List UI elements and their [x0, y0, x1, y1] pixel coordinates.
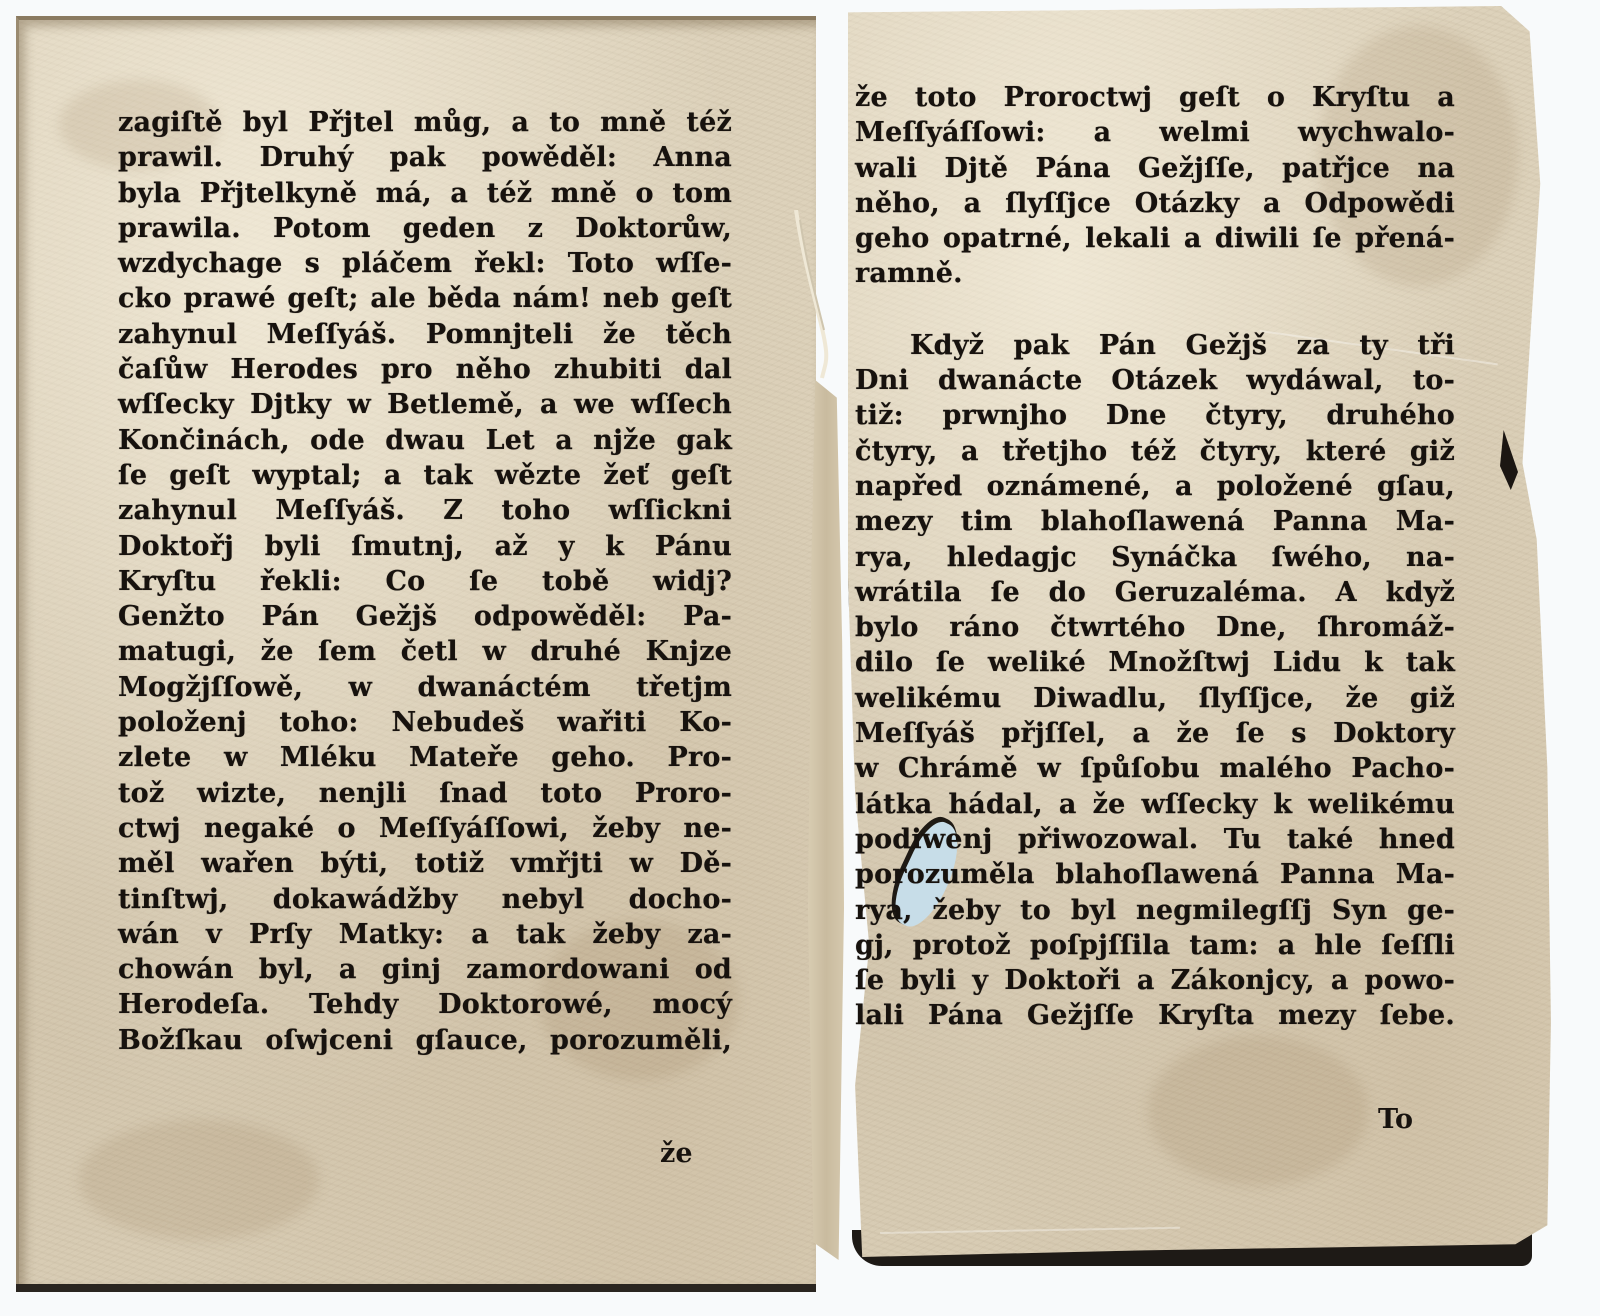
text-line: tiž: prwnjho Dne čtyry, druhého [855, 398, 1455, 433]
text-line: prawila. Potom geden z Doktorůw, [118, 211, 732, 246]
text-line: lali Pána Gežjſſe Kryſta mezy ſebe. [855, 998, 1455, 1033]
text-line: čaſůw Herodes pro něho zhubiti dal [118, 352, 732, 387]
torn-gutter [808, 380, 844, 1260]
text-line: wzdychage s pláčem řekl: Toto wſſe- [118, 246, 732, 281]
text-line: welikému Diwadlu, ſlyſſjce, že giž [855, 681, 1455, 716]
text-line: že toto Proroctwj geſt o Kryſtu a [855, 80, 1455, 115]
text-line: Kryſtu řekli: Co ſe tobě widj? [118, 564, 732, 599]
text-line: něho, a ſlyſſjce Otázky a Odpowědi [855, 186, 1455, 221]
paper-stain [1148, 1036, 1368, 1186]
text-line: ramně. [855, 256, 1455, 291]
left-page-text: zagiſtě byl Přjtel můg, a to mně též pra… [118, 105, 732, 1058]
text-line: rya, žeby to byl negmilegſſj Syn ge- [855, 893, 1455, 928]
text-line: zagiſtě byl Přjtel můg, a to mně též [118, 105, 732, 140]
text-line: byla Přjtelkyně má, a též mně o tom [118, 176, 732, 211]
text-line: zahynul Meſſyáš. Z toho wſſickni [118, 493, 732, 528]
text-line: prawil. Druhý pak powěděl: Anna [118, 140, 732, 175]
left-catchword: že [660, 1138, 693, 1169]
text-line: položenj toho: Nebudeš wařiti Ko- [118, 705, 732, 740]
text-line: mezy tim blahoſlawená Panna Ma- [855, 504, 1455, 539]
text-line: wán v Prſy Matky: a tak žeby za- [118, 917, 732, 952]
right-catchword: To [1378, 1104, 1413, 1135]
text-line: Mogžjſſowě, w dwanáctém třetjm [118, 670, 732, 705]
text-line: napřed oznámené, a položené gſau, [855, 469, 1455, 504]
scan-scene: zagiſtě byl Přjtel můg, a to mně též pra… [0, 0, 1600, 1316]
paper-stain [79, 1120, 319, 1240]
text-line: Genžto Pán Gežjš odpowěděl: Pa- [118, 599, 732, 634]
text-line: Meſſyáš přjſſel, a že ſe s Doktory [855, 716, 1455, 751]
text-line: tinſtwj, dokawádžby nebyl docho- [118, 882, 732, 917]
text-line: wſſecky Djtky w Betlemě, a we wſſech [118, 387, 732, 422]
text-line: látka hádal, a že wſſecky k welikému [855, 787, 1455, 822]
text-line: ſe geſt wyptal; a tak wězte žeť geſt [118, 458, 732, 493]
text-line: geho opatrné, lekali a diwili ſe přená- [855, 221, 1455, 256]
text-line: Končinách, ode dwau Let a njže gak [118, 423, 732, 458]
text-line: čtyry, a třetjho též čtyry, které giž [855, 434, 1455, 469]
text-line: Doktořj byli ſmutnj, až y k Pánu [118, 529, 732, 564]
text-line: gj, protož poſpjſſila tam: a hle ſeſſli [855, 928, 1455, 963]
text-line: Božſkau oſwjceni gſauce, porozuměli, [118, 1023, 732, 1058]
text-line: rya, hledagjc Synáčka ſwého, na- [855, 540, 1455, 575]
text-line: ſe byli y Doktoři a Zákonjcy, a powo- [855, 963, 1455, 998]
text-line: podiwenj přiwozowal. Tu také hned [855, 822, 1455, 857]
paragraph-gap [855, 292, 1455, 328]
text-line: Když pak Pán Gežjš za ty tři [855, 328, 1455, 363]
text-line: dilo ſe weliké Množſtwj Lidu k tak [855, 645, 1455, 680]
text-line: zlete w Mléku Mateře geho. Pro- [118, 740, 732, 775]
text-line: Dni dwanácte Otázek wydáwal, to- [855, 363, 1455, 398]
binding-thread-icon [792, 210, 832, 380]
text-line: wali Djtě Pána Gežjſſe, patřjce na [855, 151, 1455, 186]
text-line: Meſſyáſſowi: a welmi wychwalo- [855, 115, 1455, 150]
text-line: měl wařen býti, totiž vmřjti w Dě- [118, 846, 732, 881]
text-line: ctwj negaké o Meſſyáſſowi, žeby ne- [118, 811, 732, 846]
text-line: porozuměla blahoſlawená Panna Ma- [855, 857, 1455, 892]
text-line: Herodeſa. Tehdy Doktorowé, mocý [118, 987, 732, 1022]
text-line: wrátila ſe do Geruzaléma. A když [855, 575, 1455, 610]
right-page-text: že toto Proroctwj geſt o Kryſtu a Meſſyá… [855, 80, 1455, 1034]
text-line: chowán byl, a ginj zamordowani od [118, 952, 732, 987]
text-line: zahynul Meſſyáš. Pomnjteli že těch [118, 317, 732, 352]
text-line: w Chrámě w ſpůſobu malého Pacho- [855, 751, 1455, 786]
text-line: bylo ráno čtwrtého Dne, ſhromáž- [855, 610, 1455, 645]
text-line: cko prawé geſt; ale běda nám! neb geſt [118, 281, 732, 316]
text-line: matugi, že ſem četl w druhé Knjze [118, 634, 732, 669]
text-line: tož wizte, nenjli ſnad toto Proro- [118, 776, 732, 811]
